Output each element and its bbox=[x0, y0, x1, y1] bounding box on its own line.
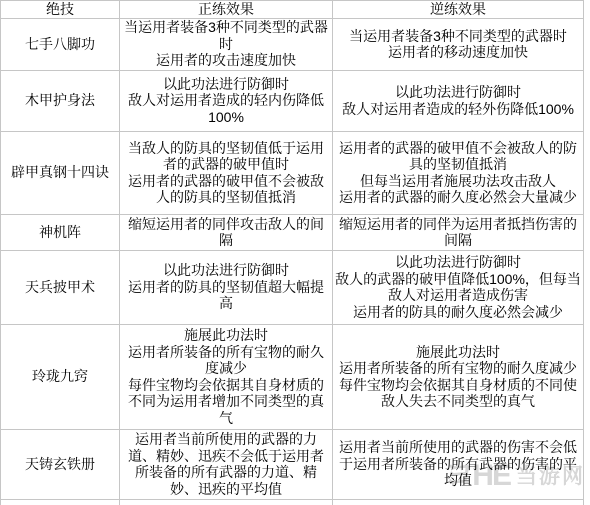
table-row: 天兵披甲术以此功法进行防御时运用者的防具的坚韧值超大幅提高以此功法进行防御时敌人… bbox=[1, 250, 584, 324]
normal-effect-cell: 以此功法进行防御时运用者的防具的坚韧值超大幅提高 bbox=[120, 250, 333, 324]
skills-table: 绝技 正练效果 逆练效果 七手八脚功当运用者装备3种不同类型的武器时运用者的攻击… bbox=[0, 0, 584, 505]
effect-line: 以此功法进行防御时 bbox=[335, 254, 581, 271]
effect-line: 运用者所装备的所有宝物的耐久度减少 bbox=[335, 360, 581, 377]
effect-line: 缩短运用者的同伴攻击敌人的间隔 bbox=[122, 216, 330, 249]
empty-cell bbox=[120, 499, 333, 505]
effect-line: 运用者的武器的破甲值不会被敌人的防具的坚韧值抵消 bbox=[122, 173, 330, 206]
effect-line: 运用者的武器的耐久度必然会大量减少 bbox=[335, 189, 581, 206]
effect-line: 运用者的武器的破甲值不会被敌人的防具的坚韧值抵消 bbox=[335, 140, 581, 173]
partial-row bbox=[1, 499, 584, 505]
skill-name-cell: 天铸玄铁册 bbox=[1, 429, 120, 499]
reverse-effect-cell: 以此功法进行防御时敌人对运用者造成的轻外伤降低100% bbox=[333, 70, 584, 131]
skill-name-cell: 木甲护身法 bbox=[1, 70, 120, 131]
normal-effect-cell: 运用者当前所使用的武器的力道、精妙、迅疾不会低于运用者所装备的所有武器的力道、精… bbox=[120, 429, 333, 499]
table-row: 天铸玄铁册运用者当前所使用的武器的力道、精妙、迅疾不会低于运用者所装备的所有武器… bbox=[1, 429, 584, 499]
table-row: 辟甲真钢十四诀当敌人的防具的坚韧值低于运用者的武器的破甲值时运用者的武器的破甲值… bbox=[1, 131, 584, 214]
effect-line: 以此功法进行防御时 bbox=[335, 84, 581, 101]
normal-effect-cell: 缩短运用者的同伴攻击敌人的间隔 bbox=[120, 214, 333, 250]
skills-table-body: 七手八脚功当运用者装备3种不同类型的武器时运用者的攻击速度加快当运用者装备3种不… bbox=[1, 18, 584, 505]
effect-line: 运用者所装备的所有宝物的耐久度减少 bbox=[122, 344, 330, 377]
effect-line: 敌人对运用者造成的轻内伤降低100% bbox=[122, 92, 330, 125]
header-normal-effect: 正练效果 bbox=[120, 1, 333, 19]
effect-line: 当敌人的防具的坚韧值低于运用者的武器的破甲值时 bbox=[122, 140, 330, 173]
skill-name-cell: 玲珑九窍 bbox=[1, 324, 120, 429]
effect-line: 施展此功法时 bbox=[335, 344, 581, 361]
table-row: 七手八脚功当运用者装备3种不同类型的武器时运用者的攻击速度加快当运用者装备3种不… bbox=[1, 18, 584, 70]
table-row: 木甲护身法以此功法进行防御时敌人对运用者造成的轻内伤降低100%以此功法进行防御… bbox=[1, 70, 584, 131]
effect-line: 但每当运用者施展功法攻击敌人 bbox=[335, 173, 581, 190]
skill-name-cell: 辟甲真钢十四诀 bbox=[1, 131, 120, 214]
effect-line: 以此功法进行防御时 bbox=[122, 76, 330, 93]
normal-effect-cell: 以此功法进行防御时敌人对运用者造成的轻内伤降低100% bbox=[120, 70, 333, 131]
skill-name-cell: 天兵披甲术 bbox=[1, 250, 120, 324]
effect-line: 运用者的防具的坚韧值超大幅提高 bbox=[122, 279, 330, 312]
header-row: 绝技 正练效果 逆练效果 bbox=[1, 1, 584, 19]
effect-line: 运用者的攻击速度加快 bbox=[122, 52, 330, 69]
header-reverse-effect: 逆练效果 bbox=[333, 1, 584, 19]
effect-line: 以此功法进行防御时 bbox=[122, 262, 330, 279]
normal-effect-cell: 施展此功法时运用者所装备的所有宝物的耐久度减少每件宝物均会依据其自身材质的不同为… bbox=[120, 324, 333, 429]
empty-cell bbox=[333, 499, 584, 505]
effect-line: 运用者当前所使用的武器的力道、精妙、迅疾不会低于运用者所装备的所有武器的力道、精… bbox=[122, 431, 330, 497]
skills-table-head: 绝技 正练效果 逆练效果 bbox=[1, 1, 584, 19]
table-row: 神机阵缩短运用者的同伴攻击敌人的间隔缩短运用者的同伴为运用者抵挡伤害的间隔 bbox=[1, 214, 584, 250]
normal-effect-cell: 当敌人的防具的坚韧值低于运用者的武器的破甲值时运用者的武器的破甲值不会被敌人的防… bbox=[120, 131, 333, 214]
reverse-effect-cell: 施展此功法时运用者所装备的所有宝物的耐久度减少每件宝物均会依据其自身材质的不同使… bbox=[333, 324, 584, 429]
reverse-effect-cell: 运用者当前所使用的武器的伤害不会低于运用者所装备的所有武器的伤害的平均值 bbox=[333, 429, 584, 499]
effect-line: 运用者的移动速度加快 bbox=[335, 44, 581, 61]
effect-line: 敌人的武器的破甲值降低100%，但每当敌人对运用者造成伤害 bbox=[335, 271, 581, 304]
effect-line: 每件宝物均会依据其自身材质的不同使敌人失去不同类型的真气 bbox=[335, 377, 581, 410]
effect-line: 施展此功法时 bbox=[122, 327, 330, 344]
reverse-effect-cell: 以此功法进行防御时敌人的武器的破甲值降低100%，但每当敌人对运用者造成伤害运用… bbox=[333, 250, 584, 324]
effect-line: 敌人对运用者造成的轻外伤降低100% bbox=[335, 101, 581, 118]
table-row: 玲珑九窍施展此功法时运用者所装备的所有宝物的耐久度减少每件宝物均会依据其自身材质… bbox=[1, 324, 584, 429]
effect-line: 运用者的防具的耐久度必然会减少 bbox=[335, 304, 581, 321]
skill-name-cell: 七手八脚功 bbox=[1, 18, 120, 70]
reverse-effect-cell: 当运用者装备3种不同类型的武器时运用者的移动速度加快 bbox=[333, 18, 584, 70]
effect-line: 当运用者装备3种不同类型的武器时 bbox=[122, 19, 330, 52]
effect-line: 缩短运用者的同伴为运用者抵挡伤害的间隔 bbox=[335, 216, 581, 249]
effect-line: 运用者当前所使用的武器的伤害不会低于运用者所装备的所有武器的伤害的平均值 bbox=[335, 439, 581, 489]
reverse-effect-cell: 缩短运用者的同伴为运用者抵挡伤害的间隔 bbox=[333, 214, 584, 250]
skill-name-cell: 神机阵 bbox=[1, 214, 120, 250]
effect-line: 每件宝物均会依据其自身材质的不同为运用者增加不同类型的真气 bbox=[122, 377, 330, 427]
header-skill: 绝技 bbox=[1, 1, 120, 19]
normal-effect-cell: 当运用者装备3种不同类型的武器时运用者的攻击速度加快 bbox=[120, 18, 333, 70]
effect-line: 当运用者装备3种不同类型的武器时 bbox=[335, 28, 581, 45]
empty-cell bbox=[1, 499, 120, 505]
reverse-effect-cell: 运用者的武器的破甲值不会被敌人的防具的坚韧值抵消但每当运用者施展功法攻击敌人运用… bbox=[333, 131, 584, 214]
